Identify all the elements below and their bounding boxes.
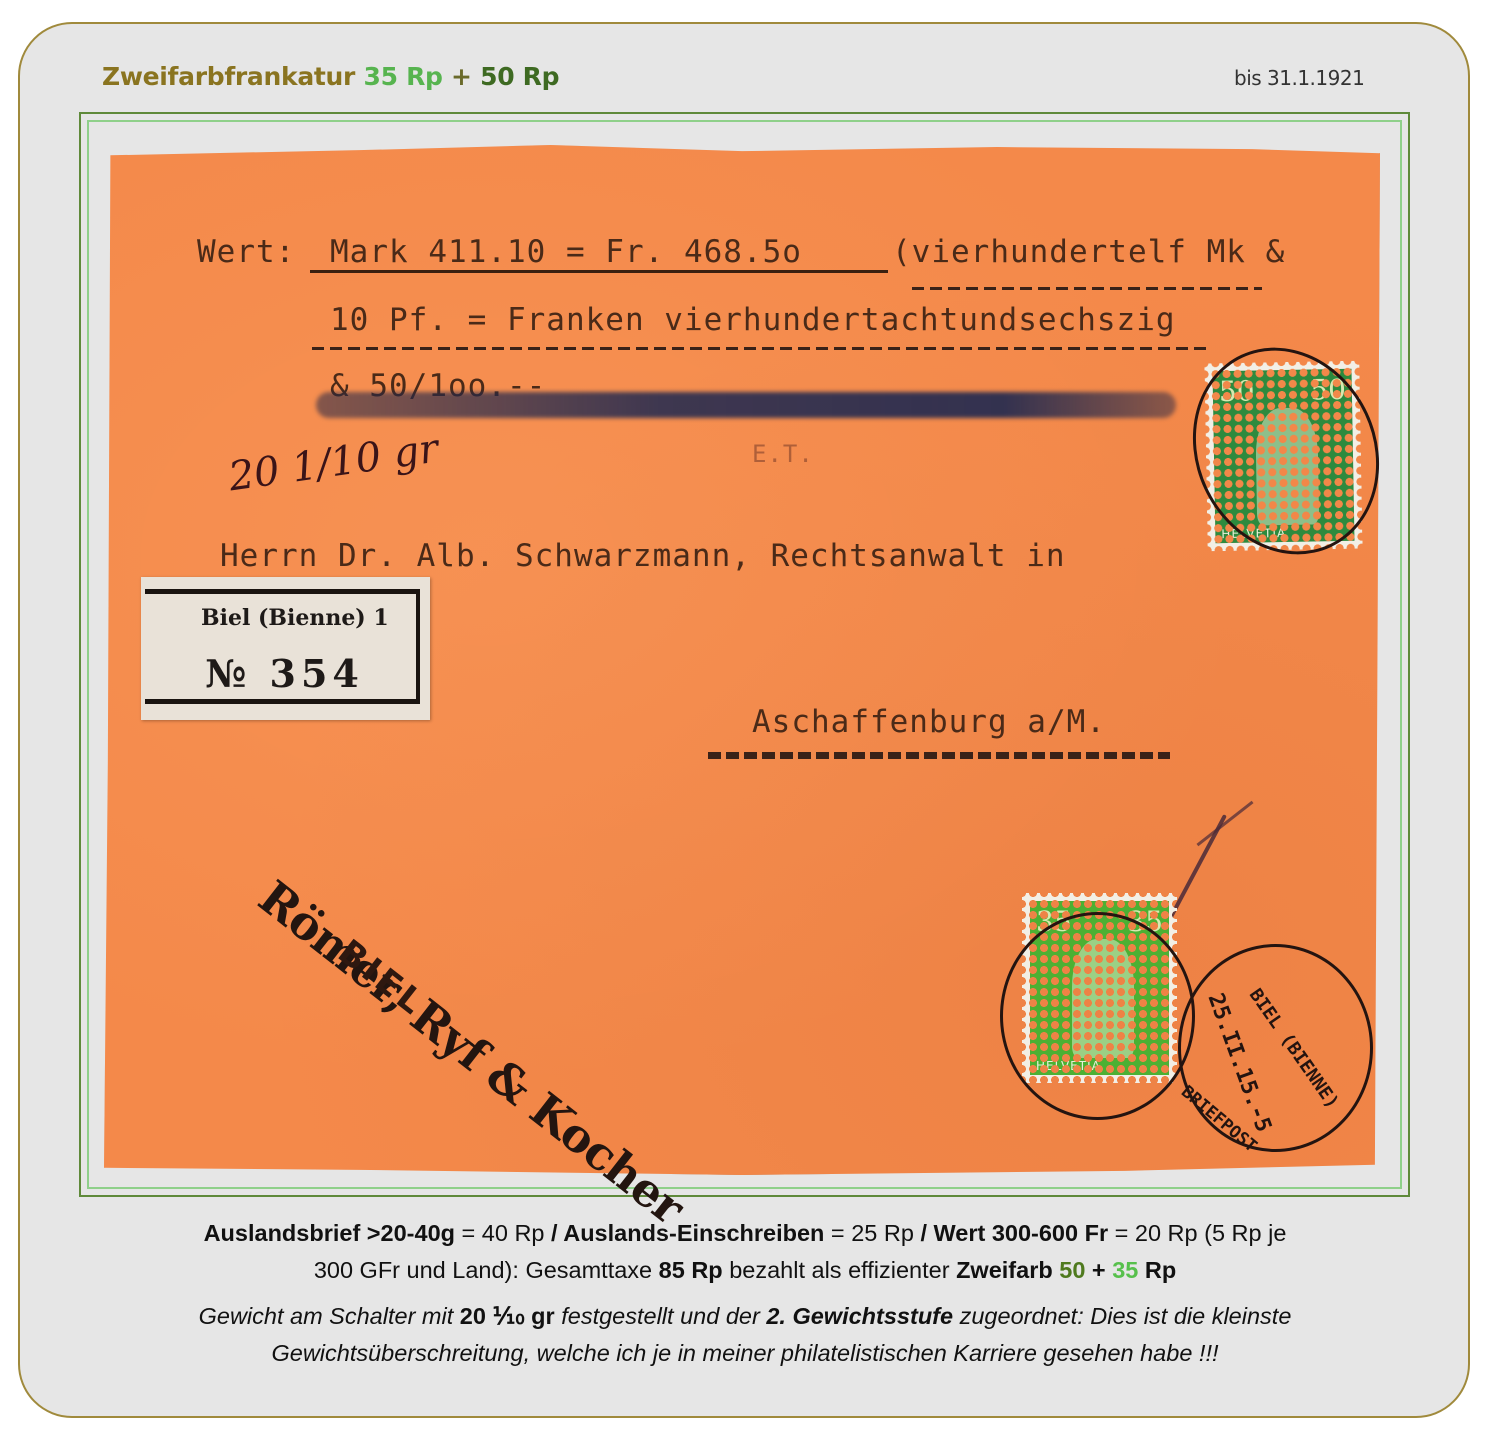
value-words-1: (vierhundertelf Mk &: [892, 234, 1285, 270]
value-label: Wert:: [197, 234, 295, 270]
unit-rp: Rp: [1138, 1257, 1176, 1283]
rate-value-declared-value: = 20 Rp (5 Rp je: [1108, 1220, 1286, 1246]
two-color-label: Zweifarb: [956, 1257, 1059, 1283]
caption-rates: Auslandsbrief >20-40g = 40 Rp / Auslands…: [90, 1215, 1400, 1289]
dashed-underline-1: [912, 287, 1262, 290]
title-prefix: Zweifarbfrankatur: [102, 62, 355, 91]
caption-text: Gewicht am Schalter mit: [199, 1303, 460, 1329]
registration-office: Biel (Bienne) 1: [201, 605, 389, 631]
rate-foreign-letter-value: = 40 Rp: [455, 1220, 551, 1246]
value-50: 50: [1059, 1257, 1085, 1283]
registration-number: № 354: [205, 651, 364, 696]
caption-text: bezahlt als effizienter: [723, 1257, 956, 1283]
faint-marking: E.T.: [752, 440, 814, 468]
caption-text: 300 GFr und Land): Gesamttaxe: [314, 1257, 659, 1283]
addressee-line: Herrn Dr. Alb. Schwarzmann, Rechtsanwalt…: [220, 538, 1066, 574]
value-amount: Mark 411.10 = Fr. 468.5o: [330, 234, 802, 270]
caption-text: zugeordnet: Dies ist die kleinste: [953, 1303, 1291, 1329]
caption-text: Gewichtsüberschreitung, welche ich je in…: [271, 1340, 1218, 1366]
title-value-35: 35 Rp: [363, 62, 442, 91]
value-35: 35: [1112, 1257, 1138, 1283]
rate-registration: Auslands-Einschreiben: [558, 1220, 825, 1246]
destination-double-underline: [708, 752, 1170, 759]
caption-weight-note: Gewicht am Schalter mit 20 ⅒ gr festgest…: [90, 1298, 1400, 1372]
rate-registration-value: = 25 Rp: [824, 1220, 920, 1246]
value-amount-underline: [310, 270, 888, 273]
title-value-50: 50 Rp: [480, 62, 559, 91]
postmark-ring-on-stamp: [1000, 912, 1195, 1120]
value-words-2: 10 Pf. = Franken vierhundertachtundsechs…: [330, 302, 1176, 338]
rate-value-declared: Wert 300-600 Fr: [927, 1220, 1108, 1246]
dashed-underline-2: [312, 347, 1212, 350]
plus-sign: +: [1085, 1257, 1112, 1283]
registration-label: Biel (Bienne) 1 № 354: [141, 577, 430, 720]
page-title: Zweifarbfrankatur 35 Rp + 50 Rp: [102, 62, 559, 91]
caption-text: festgestellt und der: [555, 1303, 767, 1329]
destination-city: Aschaffenburg a/M.: [752, 704, 1106, 740]
rate-foreign-letter: Auslandsbrief >20-40g: [204, 1220, 455, 1246]
weight-level: 2. Gewichtsstufe: [766, 1303, 953, 1329]
validity-date: bis 31.1.1921: [1234, 66, 1364, 90]
total-fee: 85 Rp: [659, 1257, 723, 1283]
weight-value: 20 ⅒ gr: [460, 1303, 555, 1329]
title-plus: +: [451, 62, 472, 91]
ink-smear: [316, 392, 1176, 418]
